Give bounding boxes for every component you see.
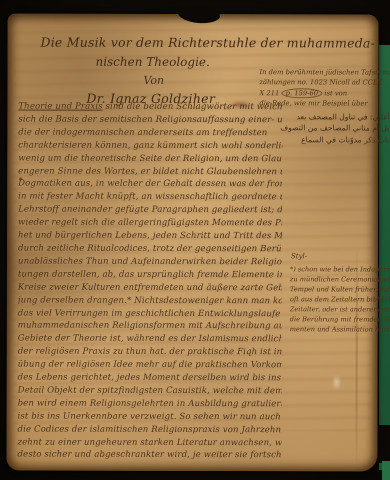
body-text: Theorie und Praxis sind die beiden Schla… [17, 101, 282, 463]
margin-note-top-line: zählungen no. 1023 Nicoll ad CCLX [259, 78, 390, 89]
circled-page-reference: p. 159-60 [282, 88, 323, 98]
body-line: het und bürgerlichen Lebens, jeden Schri… [18, 230, 282, 244]
margin-note-mid-line: Zeitalter, oder ist andererseits [290, 304, 390, 314]
body-line: Kreise zweier Kulturen entfremdeten und … [18, 281, 282, 295]
arabic-note-line: باب ذكر مدوّنات في السماع [259, 134, 389, 146]
body-line: Lehrstoff aneinander gefügte Paragraphen… [18, 204, 282, 218]
body-line-first-rest: sind die beiden Schlagwörter mit welchen [103, 102, 283, 112]
paper-scuff-mark [332, 374, 342, 390]
manuscript-page: Die Musik vor dem Richterstuhle der muha… [6, 14, 378, 472]
body-line: zehnt zu einer ungeheuren starken Litera… [17, 436, 281, 450]
body-line: Detail Objekt der spitzfindigsten Casuis… [18, 384, 282, 398]
body-line: des Lebens gerichtet, jedes Moment derse… [18, 372, 282, 386]
green-backing-cloth-corner [382, 461, 390, 480]
margin-note-mid-line: Tempel und Kulten früher, daher [290, 284, 390, 294]
margin-note-mid: *) schon wie bei den Indogermanenzu münd… [290, 264, 390, 334]
body-line: muhammedanischen Religionsformen mit Auf… [18, 320, 282, 334]
body-line: die der indogermanischen andererseits am… [18, 126, 282, 140]
margin-note-arabic: أغاني: في تناول المصحف بعدبل أم مثاني ال… [259, 111, 389, 146]
photograph-of-manuscript: Die Musik vor dem Richterstuhle der muha… [0, 0, 390, 480]
margin-note-top-line: In dem berühmten jüdischen Tafsir mit Au… [259, 67, 390, 78]
margin-note-mid-line: oft aus dem Zeitaltern biblischen [290, 294, 390, 304]
body-line: in mit fester Macht knüpft, an wissensch… [18, 191, 282, 205]
byline: Von [143, 74, 164, 87]
body-line: übung der religiösen Idee mehr auf die p… [18, 359, 282, 373]
backdrop-shadow [378, 425, 390, 463]
body-line: die Codices der islamitischen Religionsp… [17, 423, 281, 437]
body-line: desto sicher und abgeschrankter wird, je… [17, 449, 281, 463]
body-line: der religiösen Praxis zu thun hat. der p… [18, 346, 282, 360]
margin-note-top: In dem berühmten jüdischen Tafsir mit Au… [259, 67, 390, 109]
body-line-first: Theorie und Praxis sind die beiden Schla… [18, 101, 282, 115]
body-line: Dogmatiken aus, in welcher der Gehalt de… [18, 178, 282, 192]
body-line: Gebiete der Theorie ist, während es der … [18, 333, 282, 347]
body-line: das viel Verirrungen im geschichtlichen … [18, 307, 282, 321]
underlined-keywords: Theorie und Praxis [18, 102, 102, 112]
body-line: engeren Sinne des Wortes, er bildet nich… [18, 165, 282, 179]
note-ref-pre: X 211 [259, 89, 281, 97]
margin-note-mid-label: Styl- [291, 252, 307, 260]
margin-note-top-line: die Rede, wie mir Beispiel über [259, 98, 390, 109]
margin-note-mid-line: die Berührung mit fremden Ele- [290, 314, 390, 324]
body-line: charakterisieren können, ganz kümmert si… [18, 139, 282, 153]
body-line: tungen darstellen, ab, das ursprünglich … [18, 268, 282, 282]
body-line: durch zeitliche Ritualcodices, trotz der… [18, 243, 282, 257]
arabic-note-line: بل أم مثاني المصاحف من التصوف [259, 123, 389, 135]
body-line: sich die Basis der semitischen Religions… [18, 113, 282, 127]
margin-note-mid-line: menten und Assimilation hinzu. [290, 324, 390, 334]
body-line: ist bis ins Unerkennbare verzweigt. So s… [18, 410, 282, 424]
body-line: wieder regelt sich die allergeringfügigs… [18, 217, 282, 231]
body-line: ben wird einem Religionsgelehrten in Aus… [18, 397, 282, 411]
page-title-line1: Die Musik vor dem Richterstuhle der muha… [41, 35, 321, 51]
body-line: jung derselben drangen.* Nichtsdestoweni… [18, 294, 282, 308]
page-title-line2: nischen Theologie. [95, 55, 209, 69]
margin-note-top-line: X 211 p. 159-60 ist von [259, 88, 390, 99]
margin-note-mid-line: zu mündlichen Ceremonialgebräuchen [290, 274, 390, 284]
arabic-note-line: أغاني: في تناول المصحف بعد [259, 111, 389, 123]
note-ref-post: ist von [322, 89, 347, 97]
body-line: wenig um die theoretische Seite der Reli… [18, 152, 282, 166]
margin-note-mid-line: *) schon wie bei den Indogermanen [290, 264, 390, 274]
body-lines: sich die Basis der semitischen Religions… [17, 113, 282, 462]
body-line: unablässliches Thun und Aufeinanderwirke… [18, 255, 282, 269]
